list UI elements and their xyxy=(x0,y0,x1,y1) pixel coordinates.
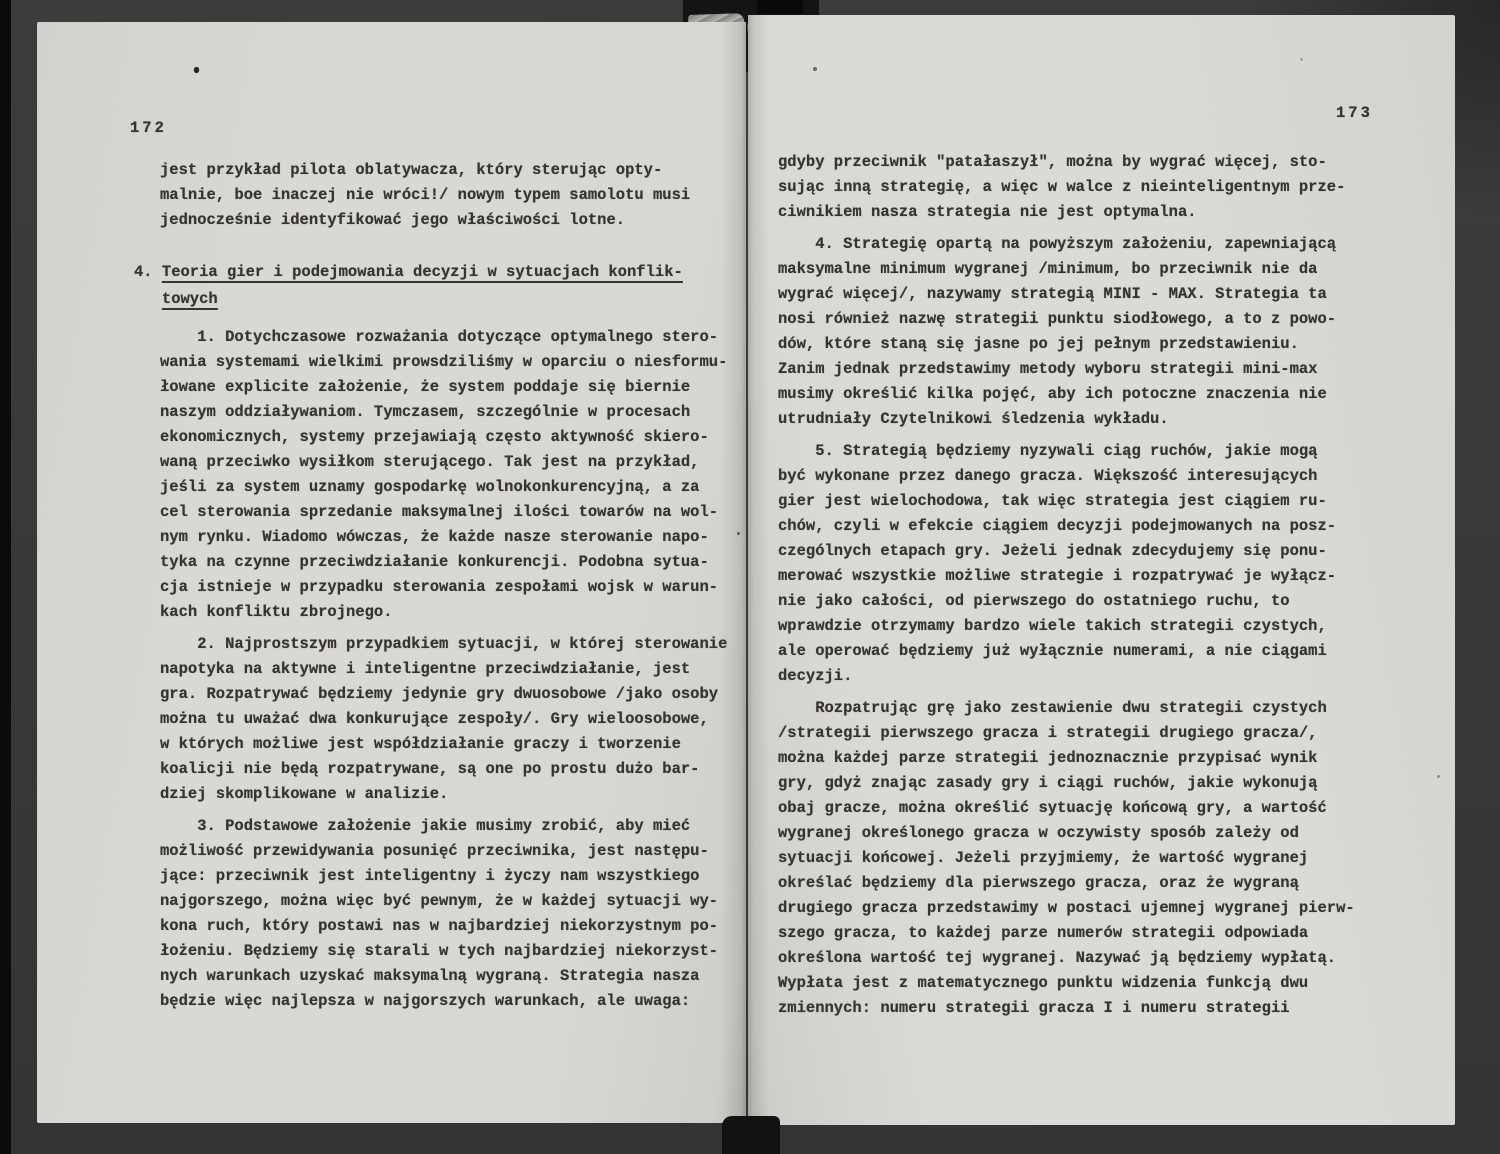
text-line: sując inną strategię, a więc w walce z n… xyxy=(778,175,1388,200)
text-line: napotyka na aktywne i inteligentne przec… xyxy=(160,657,760,682)
scan-speck xyxy=(813,67,817,71)
text-line: kach konfliktu zbrojnego. xyxy=(160,600,760,625)
paragraph: 4. Strategię opartą na powyższym założen… xyxy=(778,232,1388,432)
text-line: 4. Strategię opartą na powyższym założen… xyxy=(778,232,1388,257)
text-line: ale operować będziemy już wyłącznie nume… xyxy=(778,639,1388,664)
text-line: utrudniały Czytelnikowi śledzenia wykład… xyxy=(778,407,1388,432)
text-line: jednocześnie identyfikować jego właściwo… xyxy=(160,208,760,233)
text-line: dziej skomplikowane w analizie. xyxy=(160,782,760,807)
text-line: być wykonane przez danego gracza. Większ… xyxy=(778,464,1388,489)
page-right-text: gdyby przeciwnik "patałaszył", można by … xyxy=(778,150,1388,1028)
text-line: szego gracza, to każdej parze numerów st… xyxy=(778,921,1388,946)
text-line: łożeniu. Będziemy się starali w tych naj… xyxy=(160,939,760,964)
text-line: w których możliwe jest współdziałanie gr… xyxy=(160,732,760,757)
text-line: cja istnieje w przypadku sterowania zesp… xyxy=(160,575,760,600)
page-number-left: 172 xyxy=(130,119,167,137)
text-line: będzie więc najlepsza w najgorszych waru… xyxy=(160,989,760,1014)
text-line: tyka na czynne przeciwdziałanie konkuren… xyxy=(160,550,760,575)
page-left-text: jest przykład pilota oblatywacza, który … xyxy=(160,158,760,1021)
text-line: wania systemami wielkimi prowsdziliśmy w… xyxy=(160,350,760,375)
paragraph: 1. Dotychczasowe rozważania dotyczące op… xyxy=(160,325,760,625)
text-line: chów, czyli w efekcie ciągiem decyzji po… xyxy=(778,514,1388,539)
text-line: 2. Najprostszym przypadkiem sytuacji, w … xyxy=(160,632,760,657)
text-line: obaj gracze, można określić sytuację koń… xyxy=(778,796,1388,821)
paragraph: Rozpatrując grę jako zestawienie dwu str… xyxy=(778,696,1388,1021)
page-number-right: 173 xyxy=(1336,104,1373,122)
text-line: można tu uważać dwa konkurujące zespoły/… xyxy=(160,707,760,732)
text-line: możliwość przewidywania posunięć przeciw… xyxy=(160,839,760,864)
text-line: 3. Podstawowe założenie jakie musimy zro… xyxy=(160,814,760,839)
text-line: musimy określić kilka pojęć, aby ich pot… xyxy=(778,382,1388,407)
text-line: merować wszystkie możliwe strategie i ro… xyxy=(778,564,1388,589)
text-line: nych warunkach uzyskać maksymalną wygran… xyxy=(160,964,760,989)
scan-speck xyxy=(194,67,199,73)
text-line: gry, gdyż znając zasady gry i ciągi ruch… xyxy=(778,771,1388,796)
scan-speck xyxy=(1437,775,1440,778)
text-line: koalicji nie będą rozpatrywane, są one p… xyxy=(160,757,760,782)
paragraph: gdyby przeciwnik "patałaszył", można by … xyxy=(778,150,1388,225)
scan-speck xyxy=(737,532,740,535)
text-line: Wypłata jest z matematycznego punktu wid… xyxy=(778,971,1388,996)
binding-dark-tab xyxy=(757,0,803,14)
section-heading: 4. Teoria gier i podejmowania decyzji w … xyxy=(134,259,760,313)
text-line: wygranej określonego gracza w oczywisty … xyxy=(778,821,1388,846)
text-line: decyzji. xyxy=(778,664,1388,689)
scanner-edge-strip xyxy=(0,0,11,1154)
text-line: łowane explicite założenie, że system po… xyxy=(160,375,760,400)
text-line: gra. Rozpatrywać będziemy jedynie gry dw… xyxy=(160,682,760,707)
text-line: można każdej parze strategii jednoznaczn… xyxy=(778,746,1388,771)
text-line: 1. Dotychczasowe rozważania dotyczące op… xyxy=(160,325,760,350)
text-line: ekonomicznych, systemy przejawiają częst… xyxy=(160,425,760,450)
text-line: cel sterowania sprzedanie maksymalnej il… xyxy=(160,500,760,525)
paragraph: 5. Strategią będziemy nyzywali ciąg ruch… xyxy=(778,439,1388,689)
text-line: towych xyxy=(134,286,760,313)
text-line: jest przykład pilota oblatywacza, który … xyxy=(160,158,760,183)
text-line: wygrać więcej/, nazywamy strategią MINI … xyxy=(778,282,1388,307)
text-line: drugiego gracza przedstawimy w postaci u… xyxy=(778,896,1388,921)
heading-text: Teoria gier i podejmowania decyzji w syt… xyxy=(162,263,683,281)
paragraph: 3. Podstawowe założenie jakie musimy zro… xyxy=(160,814,760,1014)
text-line: jące: przeciwnik jest inteligentny i życ… xyxy=(160,864,760,889)
text-line: nie jako całości, od pierwszego do ostat… xyxy=(778,589,1388,614)
heading-text: towych xyxy=(162,290,218,308)
page-left: 172 jest przykład pilota oblatywacza, kt… xyxy=(37,22,746,1123)
text-line: Rozpatrując grę jako zestawienie dwu str… xyxy=(778,696,1388,721)
text-line: sytuacji końcowej. Jeżeli przyjmiemy, że… xyxy=(778,846,1388,871)
text-line: zmiennych: numeru strategii gracza I i n… xyxy=(778,996,1388,1021)
text-line: określona wartość tej wygranej. Nazywać … xyxy=(778,946,1388,971)
paragraph: jest przykład pilota oblatywacza, który … xyxy=(160,158,760,233)
text-line: gdyby przeciwnik "patałaszył", można by … xyxy=(778,150,1388,175)
text-line: gier jest wielochodowa, tak więc strateg… xyxy=(778,489,1388,514)
text-line: ciwnikiem nasza strategia nie jest optym… xyxy=(778,200,1388,225)
paragraph: 2. Najprostszym przypadkiem sytuacji, w … xyxy=(160,632,760,807)
text-line: waną przeciwko wysiłkom sterującego. Tak… xyxy=(160,450,760,475)
scan-speck xyxy=(1300,58,1303,61)
text-line: naszym oddziaływaniom. Tymczasem, szczeg… xyxy=(160,400,760,425)
text-line: określać będziemy dla pierwszego gracza,… xyxy=(778,871,1388,896)
text-line: /strategii pierwszego gracza i strategii… xyxy=(778,721,1388,746)
heading-number xyxy=(134,290,162,308)
text-line: nosi również nazwę strategii punktu siod… xyxy=(778,307,1388,332)
text-line: dów, które staną się jasne po jej pełnym… xyxy=(778,332,1388,357)
text-line: malnie, boe inaczej nie wróci!/ nowym ty… xyxy=(160,183,760,208)
text-line: jeśli za system uznamy gospodarkę wolnok… xyxy=(160,475,760,500)
text-line: najgorszego, można więc być pewnym, że w… xyxy=(160,889,760,914)
heading-number: 4. xyxy=(134,263,162,281)
text-line: maksymalne minimum wygranej /minimum, bo… xyxy=(778,257,1388,282)
text-line: Zanim jednak przedstawimy metody wyboru … xyxy=(778,357,1388,382)
text-line: 5. Strategią będziemy nyzywali ciąg ruch… xyxy=(778,439,1388,464)
binding-shadow-bottom xyxy=(722,1116,780,1154)
text-line: wprawdzie otrzymamy bardzo wiele takich … xyxy=(778,614,1388,639)
page-right: 173 gdyby przeciwnik "patałaszył", można… xyxy=(748,15,1455,1125)
text-line: czególnych etapach gry. Jeżeli jednak zd… xyxy=(778,539,1388,564)
text-line: 4. Teoria gier i podejmowania decyzji w … xyxy=(134,259,760,286)
text-line: kona ruch, który postawi nas w najbardzi… xyxy=(160,914,760,939)
text-line: nym rynku. Wiadomo wówczas, że każde nas… xyxy=(160,525,760,550)
scanned-book-spread: 172 jest przykład pilota oblatywacza, kt… xyxy=(0,0,1500,1154)
